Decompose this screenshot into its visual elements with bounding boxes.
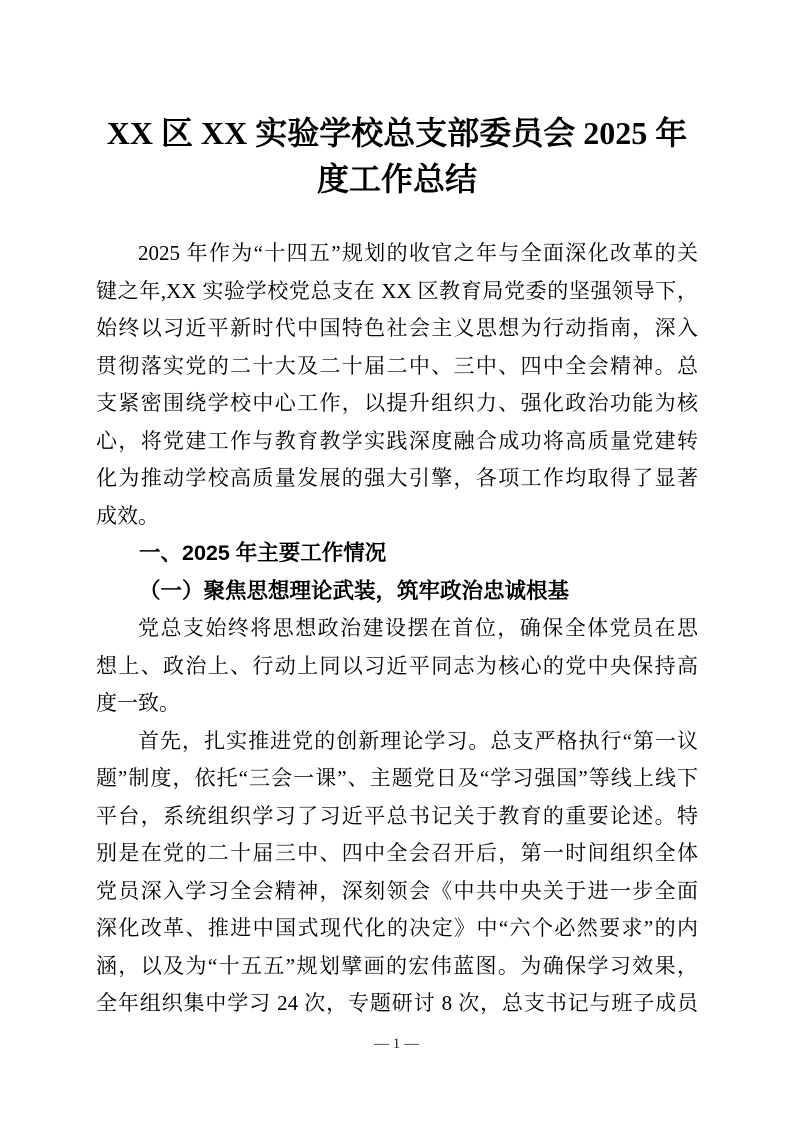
paragraph: 首先，扎实推进党的创新理论学习。总支严格执行“第一议 题”制度，依托“三会一课”… [96,723,698,1023]
text-line: 支紧密围绕学校中心工作，以提升组织力、强化政治功能为核 [96,385,698,423]
title-line-1: XX 区 XX 实验学校总支部委员会 2025 年 [96,110,698,156]
text-line: 党总支始终将思想政治建设摆在首位，确保全体党员在思 [96,610,698,648]
text-line: 贯彻落实党的二十大及二十届二中、三中、四中全会精神。总 [96,348,698,386]
text-line: 全年组织集中学习 24 次，专题研讨 8 次，总支书记与班子成员 [96,985,698,1023]
document-body: 2025 年作为“十四五”规划的收官之年与全面深化改革的关 键之年,XX 实验学… [96,235,698,1023]
text-line: 涵，以及为“十五五”规划擘画的宏伟蓝图。为确保学习效果， [96,948,698,986]
subsection-heading: （一）聚焦思想理论武装，筑牢政治忠诚根基 [96,573,698,611]
text-line: 题”制度，依托“三会一课”、主题党日及“学习强国”等线上线下 [96,760,698,798]
text-line: 想上、政治上、行动上同以习近平同志为核心的党中央保持高 [96,648,698,686]
text-line: 党员深入学习全会精神，深刻领会《中共中央关于进一步全面 [96,873,698,911]
page-number: — 1 — [0,1036,793,1053]
text-line: 首先，扎实推进党的创新理论学习。总支严格执行“第一议 [96,723,698,761]
document-page: XX 区 XX 实验学校总支部委员会 2025 年 度工作总结 2025 年作为… [0,0,793,1122]
text-line: 键之年,XX 实验学校党总支在 XX 区教育局党委的坚强领导下， [96,273,698,311]
paragraph: 党总支始终将思想政治建设摆在首位，确保全体党员在思 想上、政治上、行动上同以习近… [96,610,698,723]
text-line: 始终以习近平新时代中国特色社会主义思想为行动指南，深入 [96,310,698,348]
intro-paragraph: 2025 年作为“十四五”规划的收官之年与全面深化改革的关 键之年,XX 实验学… [96,235,698,535]
text-line: 成效。 [96,498,698,536]
text-line: 度一致。 [96,685,698,723]
text-line: 别是在党的二十届三中、四中全会召开后，第一时间组织全体 [96,835,698,873]
text-line: 心，将党建工作与教育教学实践深度融合成功将高质量党建转 [96,423,698,461]
text-line: 平台，系统组织学习了习近平总书记关于教育的重要论述。特 [96,798,698,836]
text-line: 化为推动学校高质量发展的强大引擎，各项工作均取得了显著 [96,460,698,498]
section-heading: 一、2025 年主要工作情况 [96,535,698,573]
text-line: 深化改革、推进中国式现代化的决定》中“六个必然要求”的内 [96,910,698,948]
text-line: 2025 年作为“十四五”规划的收官之年与全面深化改革的关 [96,235,698,273]
document-title: XX 区 XX 实验学校总支部委员会 2025 年 度工作总结 [96,110,698,202]
title-line-2: 度工作总结 [96,156,698,202]
